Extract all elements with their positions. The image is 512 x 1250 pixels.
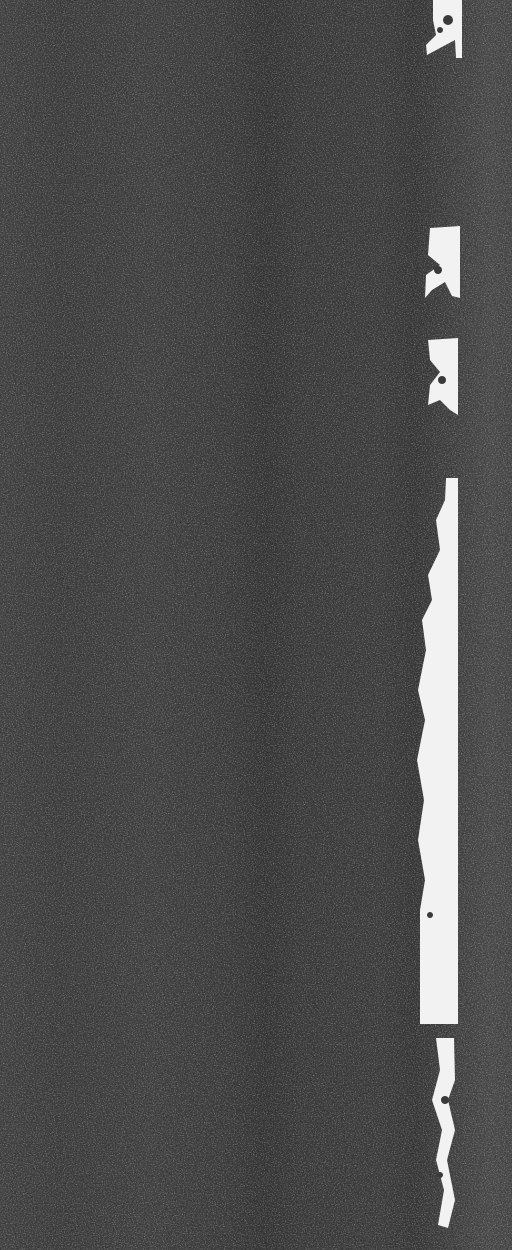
lane-marking [0, 0, 512, 1250]
road-surface-image: Grayscale top-down photo of asphalt road… [0, 0, 512, 1250]
